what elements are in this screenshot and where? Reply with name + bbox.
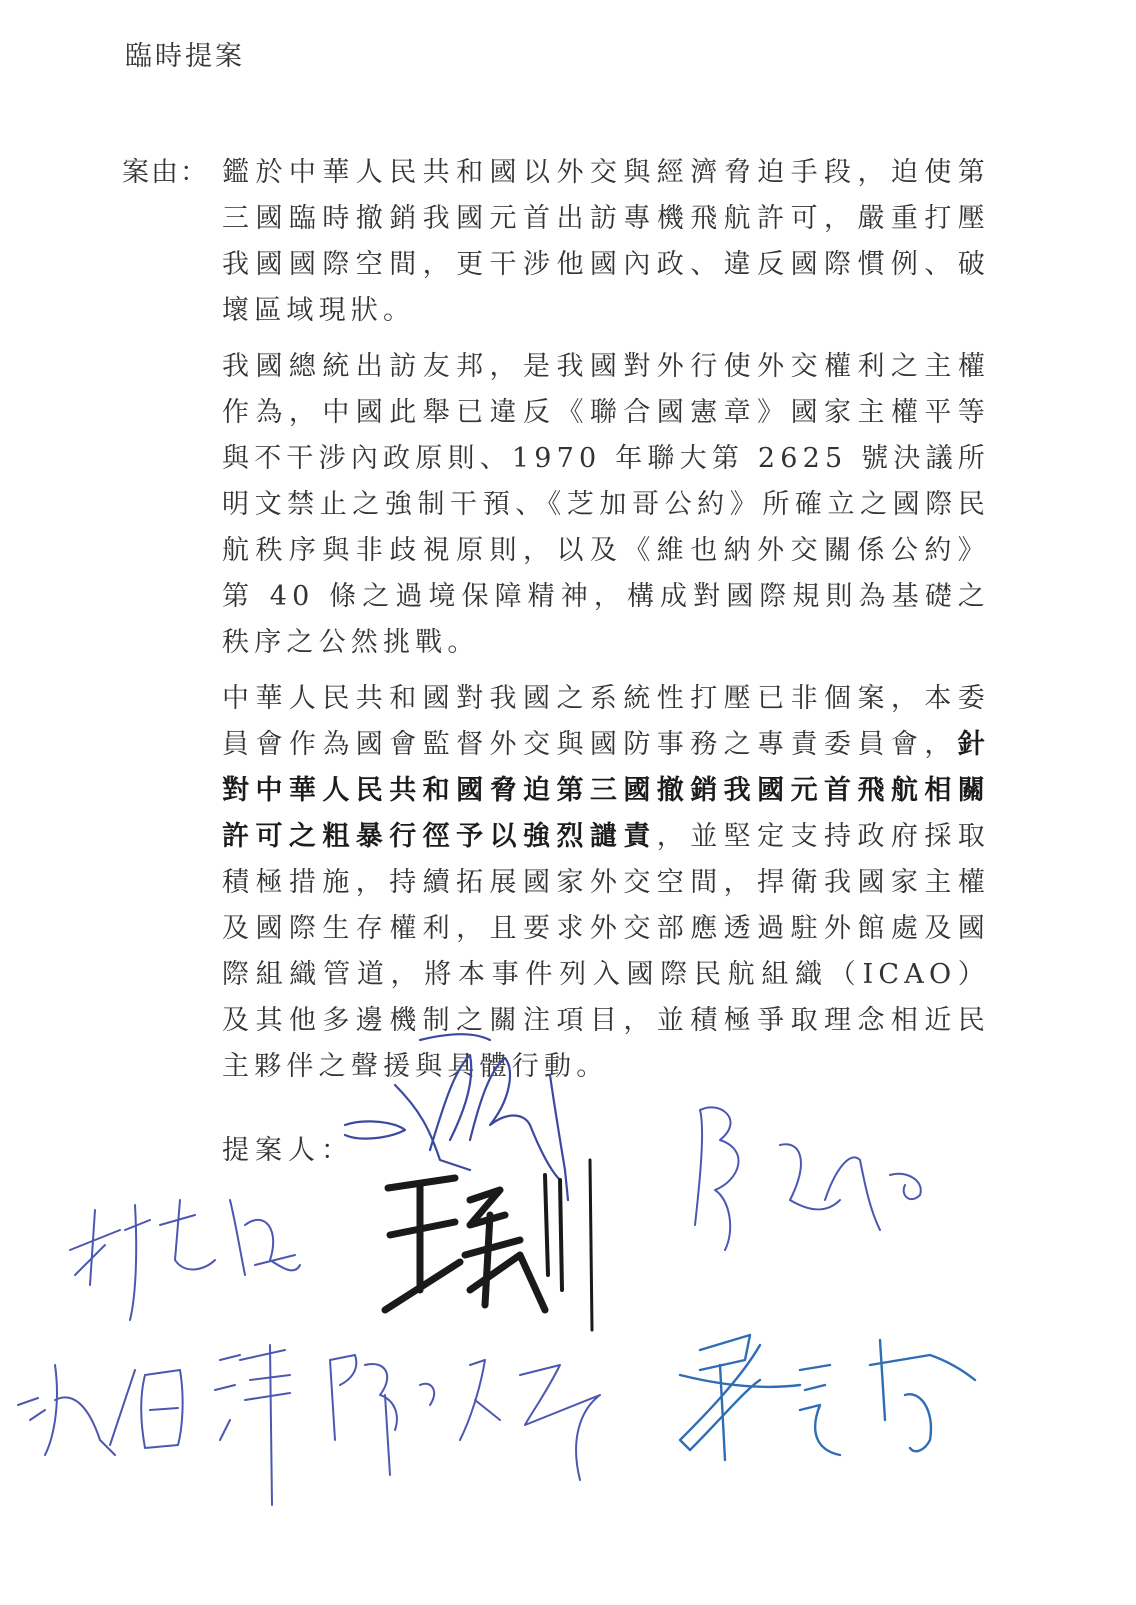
signature-black (385, 1160, 592, 1330)
reason-text-block: 鑑於中華人民共和國以外交與經濟脅迫手段，迫使第三國臨時撤銷我國元首出訪專機飛航許… (222, 150, 990, 344)
continuation-block: 我國總統出訪友邦，是我國對外行使外交權利之主權作為，中國此舉已違反《聯合國憲章》… (222, 344, 990, 1090)
signature-left (70, 1200, 300, 1320)
paragraph-3: 中華人民共和國對我國之系統性打壓已非個案，本委員會作為國會監督外交與國防事務之專… (222, 676, 990, 1090)
paragraph-3-tail: ，並堅定支持政府採取積極措施，持續拓展國家外交空間，捍衛我國家主權及國際生存權利… (222, 821, 990, 1082)
signature-top-right (695, 1107, 921, 1250)
paragraph-2: 我國總統出訪友邦，是我國對外行使外交權利之主權作為，中國此舉已違反《聯合國憲章》… (222, 344, 990, 666)
proposer-label: 提案人： (222, 1128, 354, 1167)
document-heading: 臨時提案 (125, 34, 245, 73)
paragraph-1: 鑑於中華人民共和國以外交與經濟脅迫手段，迫使第三國臨時撤銷我國元首出訪專機飛航許… (222, 150, 990, 334)
signature-bottom-left (18, 1345, 600, 1505)
reason-row: 案由： 鑑於中華人民共和國以外交與經濟脅迫手段，迫使第三國臨時撤銷我國元首出訪專… (122, 150, 1002, 344)
reason-label: 案由： (122, 150, 222, 344)
signature-bottom-right (680, 1335, 975, 1460)
proposal-body: 案由： 鑑於中華人民共和國以外交與經濟脅迫手段，迫使第三國臨時撤銷我國元首出訪專… (122, 150, 1002, 1100)
paragraph-3-lead: 中華人民共和國對我國之系統性打壓已非個案，本委員會作為國會監督外交與國防事務之專… (222, 683, 990, 760)
